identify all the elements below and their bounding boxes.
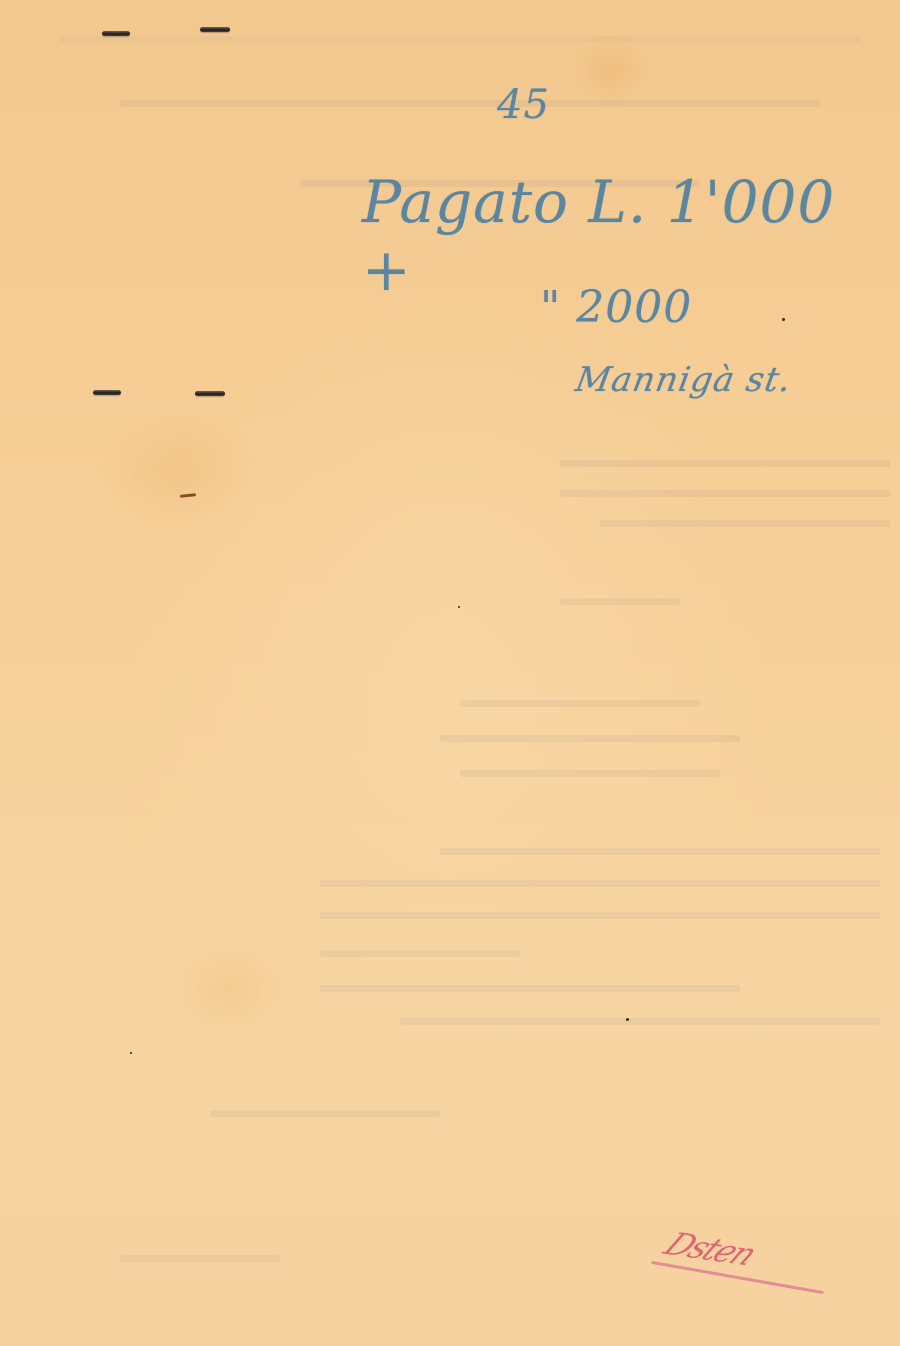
paper-speck — [626, 1018, 629, 1021]
paper-speck — [458, 606, 460, 608]
paper-speck — [782, 318, 785, 321]
staple-top-right — [200, 27, 230, 32]
folio-number: 45 — [497, 82, 550, 128]
handwritten-signature: Mannigà st. — [572, 360, 795, 400]
paper-speck — [130, 1052, 132, 1054]
rust-mark — [180, 493, 196, 498]
staple-mid-left — [93, 390, 121, 395]
red-signature: Dsten — [650, 1226, 830, 1302]
additional-amount-line: " 2000 — [540, 282, 692, 333]
document-page: 45 Pagato L. 1'000 + " 2000 Mannigà st. … — [0, 0, 900, 1346]
staple-top-left — [102, 31, 130, 36]
staple-mid-right — [195, 391, 225, 396]
